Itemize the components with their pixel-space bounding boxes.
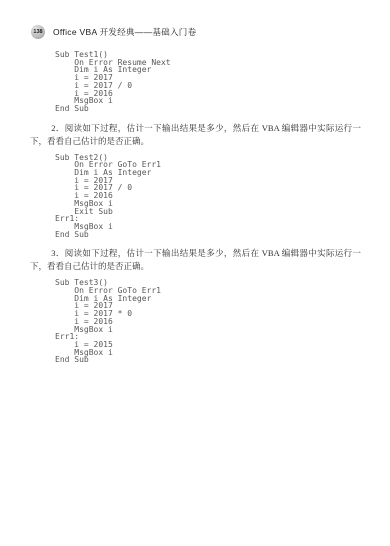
exercise-paragraph-2: 2．阅读如下过程，估计一下输出结果是多少，然后在 VBA 编辑器中实际运行一下，… — [30, 122, 361, 148]
exercise-paragraph-3: 3．阅读如下过程，估计一下输出结果是多少，然后在 VBA 编辑器中实际运行一下，… — [30, 247, 361, 273]
page-header: 138 Office VBA 开发经典——基础入门卷 — [31, 25, 196, 39]
code-block-test3: Sub Test3() On Error GoTo Err1 Dim i As … — [55, 279, 361, 364]
code-block-test1: Sub Test1() On Error Resume Next Dim i A… — [55, 51, 361, 113]
page-number-badge: 138 — [31, 25, 45, 39]
page-content: Sub Test1() On Error Resume Next Dim i A… — [30, 49, 361, 364]
book-title: Office VBA 开发经典——基础入门卷 — [53, 26, 196, 38]
code-block-test2: Sub Test2() On Error GoTo Err1 Dim i As … — [55, 154, 361, 239]
book-page: 138 Office VBA 开发经典——基础入门卷 Sub Test1() O… — [0, 0, 390, 546]
